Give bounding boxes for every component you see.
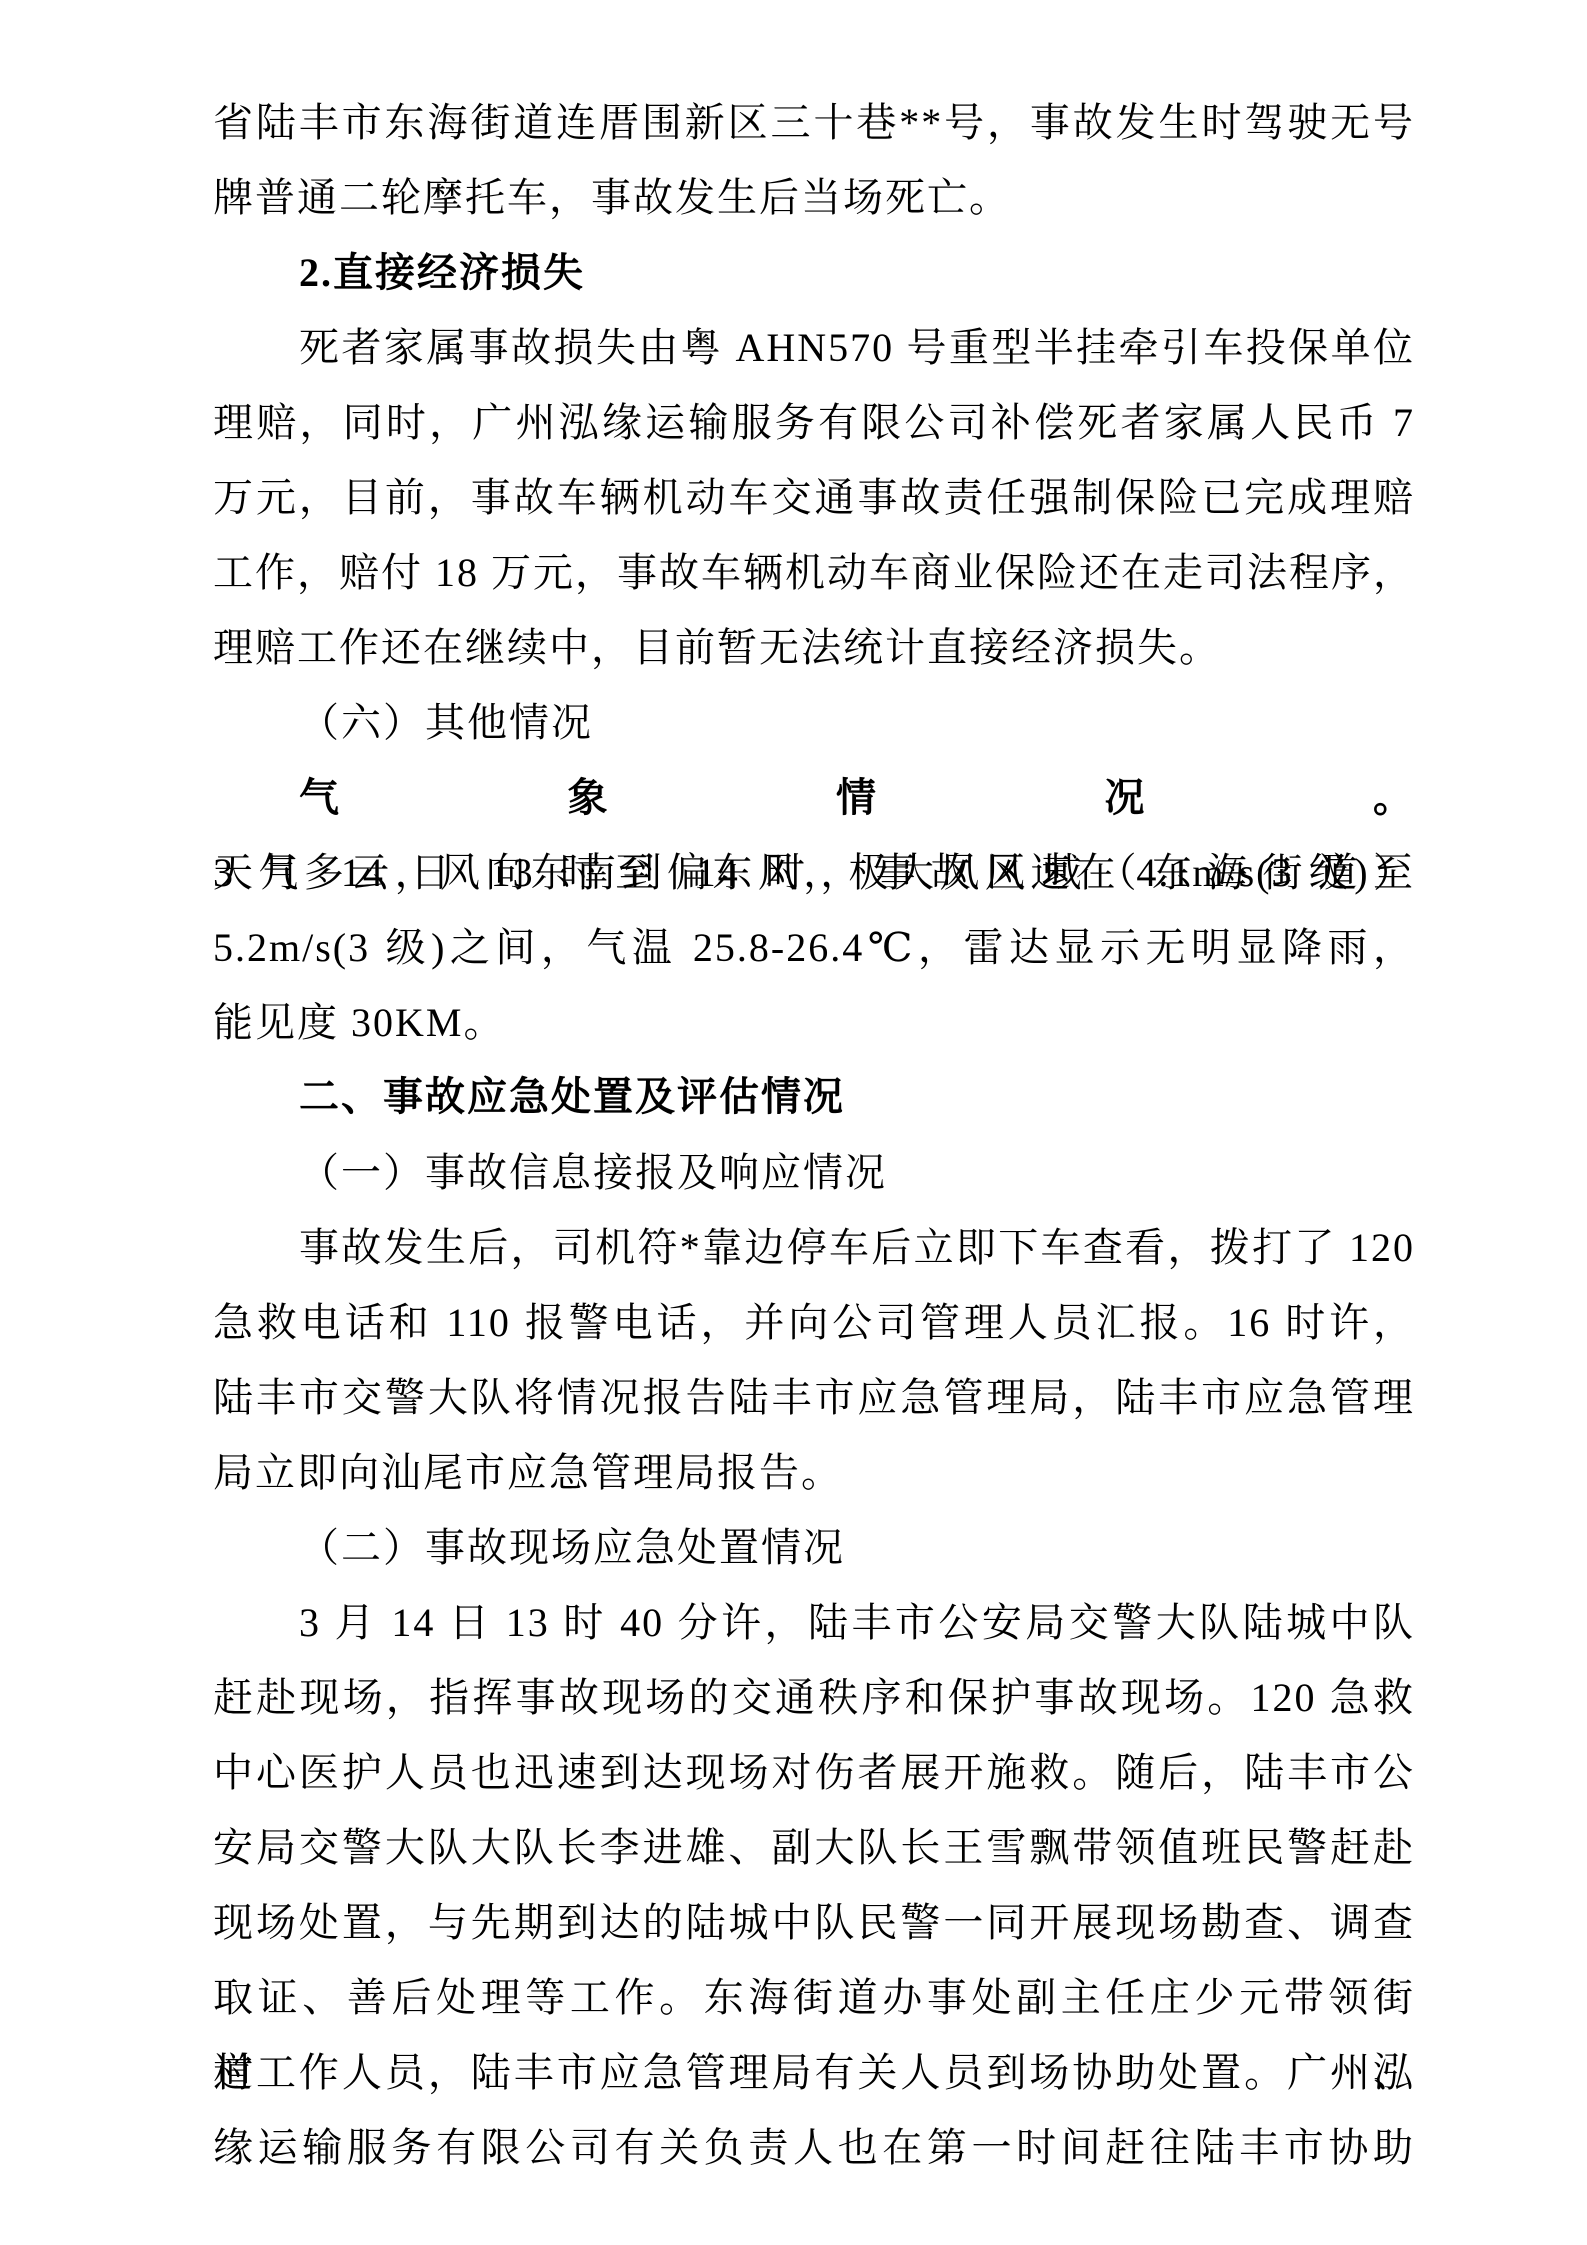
body-line: 局立即向汕尾市应急管理局报告。 [213, 1435, 1415, 1510]
body-line: 死者家属事故损失由粤 AHN570 号重型半挂牵引车投保单位 [213, 310, 1415, 385]
body-line: 5.2m/s(3 级)之间，气温 25.8-26.4℃，雷达显示无明显降雨， [213, 910, 1415, 985]
body-line: 理赔工作还在继续中，目前暂无法统计直接经济损失。 [213, 610, 1415, 685]
weather-paragraph-line: 气象情况。3 月 14 日 13 时至 14 时，事故区域（东海街道） [213, 760, 1415, 835]
heading-direct-economic-loss: 2.直接经济损失 [213, 235, 1415, 310]
body-line: 急救电话和 110 报警电话，并向公司管理人员汇报。16 时许， [213, 1285, 1415, 1360]
body-line: 取证、善后处理等工作。东海街道办事处副主任庄少元带领街道、 [213, 1960, 1415, 2035]
body-line: 省陆丰市东海街道连厝围新区三十巷**号，事故发生时驾驶无号 [213, 85, 1415, 160]
body-line: 安局交警大队大队长李进雄、副大队长王雪飘带领值班民警赶赴 [213, 1810, 1415, 1885]
body-line: 天气多云，风向东南到偏东风，极大风风速在 4.1m/s(3 级)至 [213, 835, 1415, 910]
body-line: 现场处置，与先期到达的陆城中队民警一同开展现场勘查、调查 [213, 1885, 1415, 1960]
body-line: 万元，目前，事故车辆机动车交通事故责任强制保险已完成理赔 [213, 460, 1415, 535]
section-heading-emergency-response: 二、事故应急处置及评估情况 [213, 1060, 1415, 1135]
heading-incident-reporting: （一）事故信息接报及响应情况 [213, 1135, 1415, 1210]
weather-label: 气象情况。 [299, 775, 1415, 820]
body-line: 3 月 14 日 13 时 40 分许，陆丰市公安局交警大队陆城中队 [213, 1585, 1415, 1660]
body-line: 牌普通二轮摩托车，事故发生后当场死亡。 [213, 160, 1415, 235]
body-line: 赶赴现场，指挥事故现场的交通秩序和保护事故现场。120 急救 [213, 1660, 1415, 1735]
heading-other-situation: （六）其他情况 [213, 685, 1415, 760]
body-line: 工作，赔付 18 万元，事故车辆机动车商业保险还在走司法程序， [213, 535, 1415, 610]
body-line: 村工作人员，陆丰市应急管理局有关人员到场协助处置。广州泓 [213, 2035, 1415, 2110]
body-line: 陆丰市交警大队将情况报告陆丰市应急管理局，陆丰市应急管理 [213, 1360, 1415, 1435]
body-line: 事故发生后，司机符*靠边停车后立即下车查看，拨打了 120 [213, 1210, 1415, 1285]
body-line: 能见度 30KM。 [213, 985, 1415, 1060]
body-line: 中心医护人员也迅速到达现场对伤者展开施救。随后，陆丰市公 [213, 1735, 1415, 1810]
body-line: 缘运输服务有限公司有关负责人也在第一时间赶往陆丰市协助 [213, 2110, 1415, 2185]
document-page: 省陆丰市东海街道连厝围新区三十巷**号，事故发生时驾驶无号 牌普通二轮摩托车，事… [0, 0, 1587, 2245]
heading-scene-response: （二）事故现场应急处置情况 [213, 1510, 1415, 1585]
body-line: 理赔，同时，广州泓缘运输服务有限公司补偿死者家属人民币 7 [213, 385, 1415, 460]
